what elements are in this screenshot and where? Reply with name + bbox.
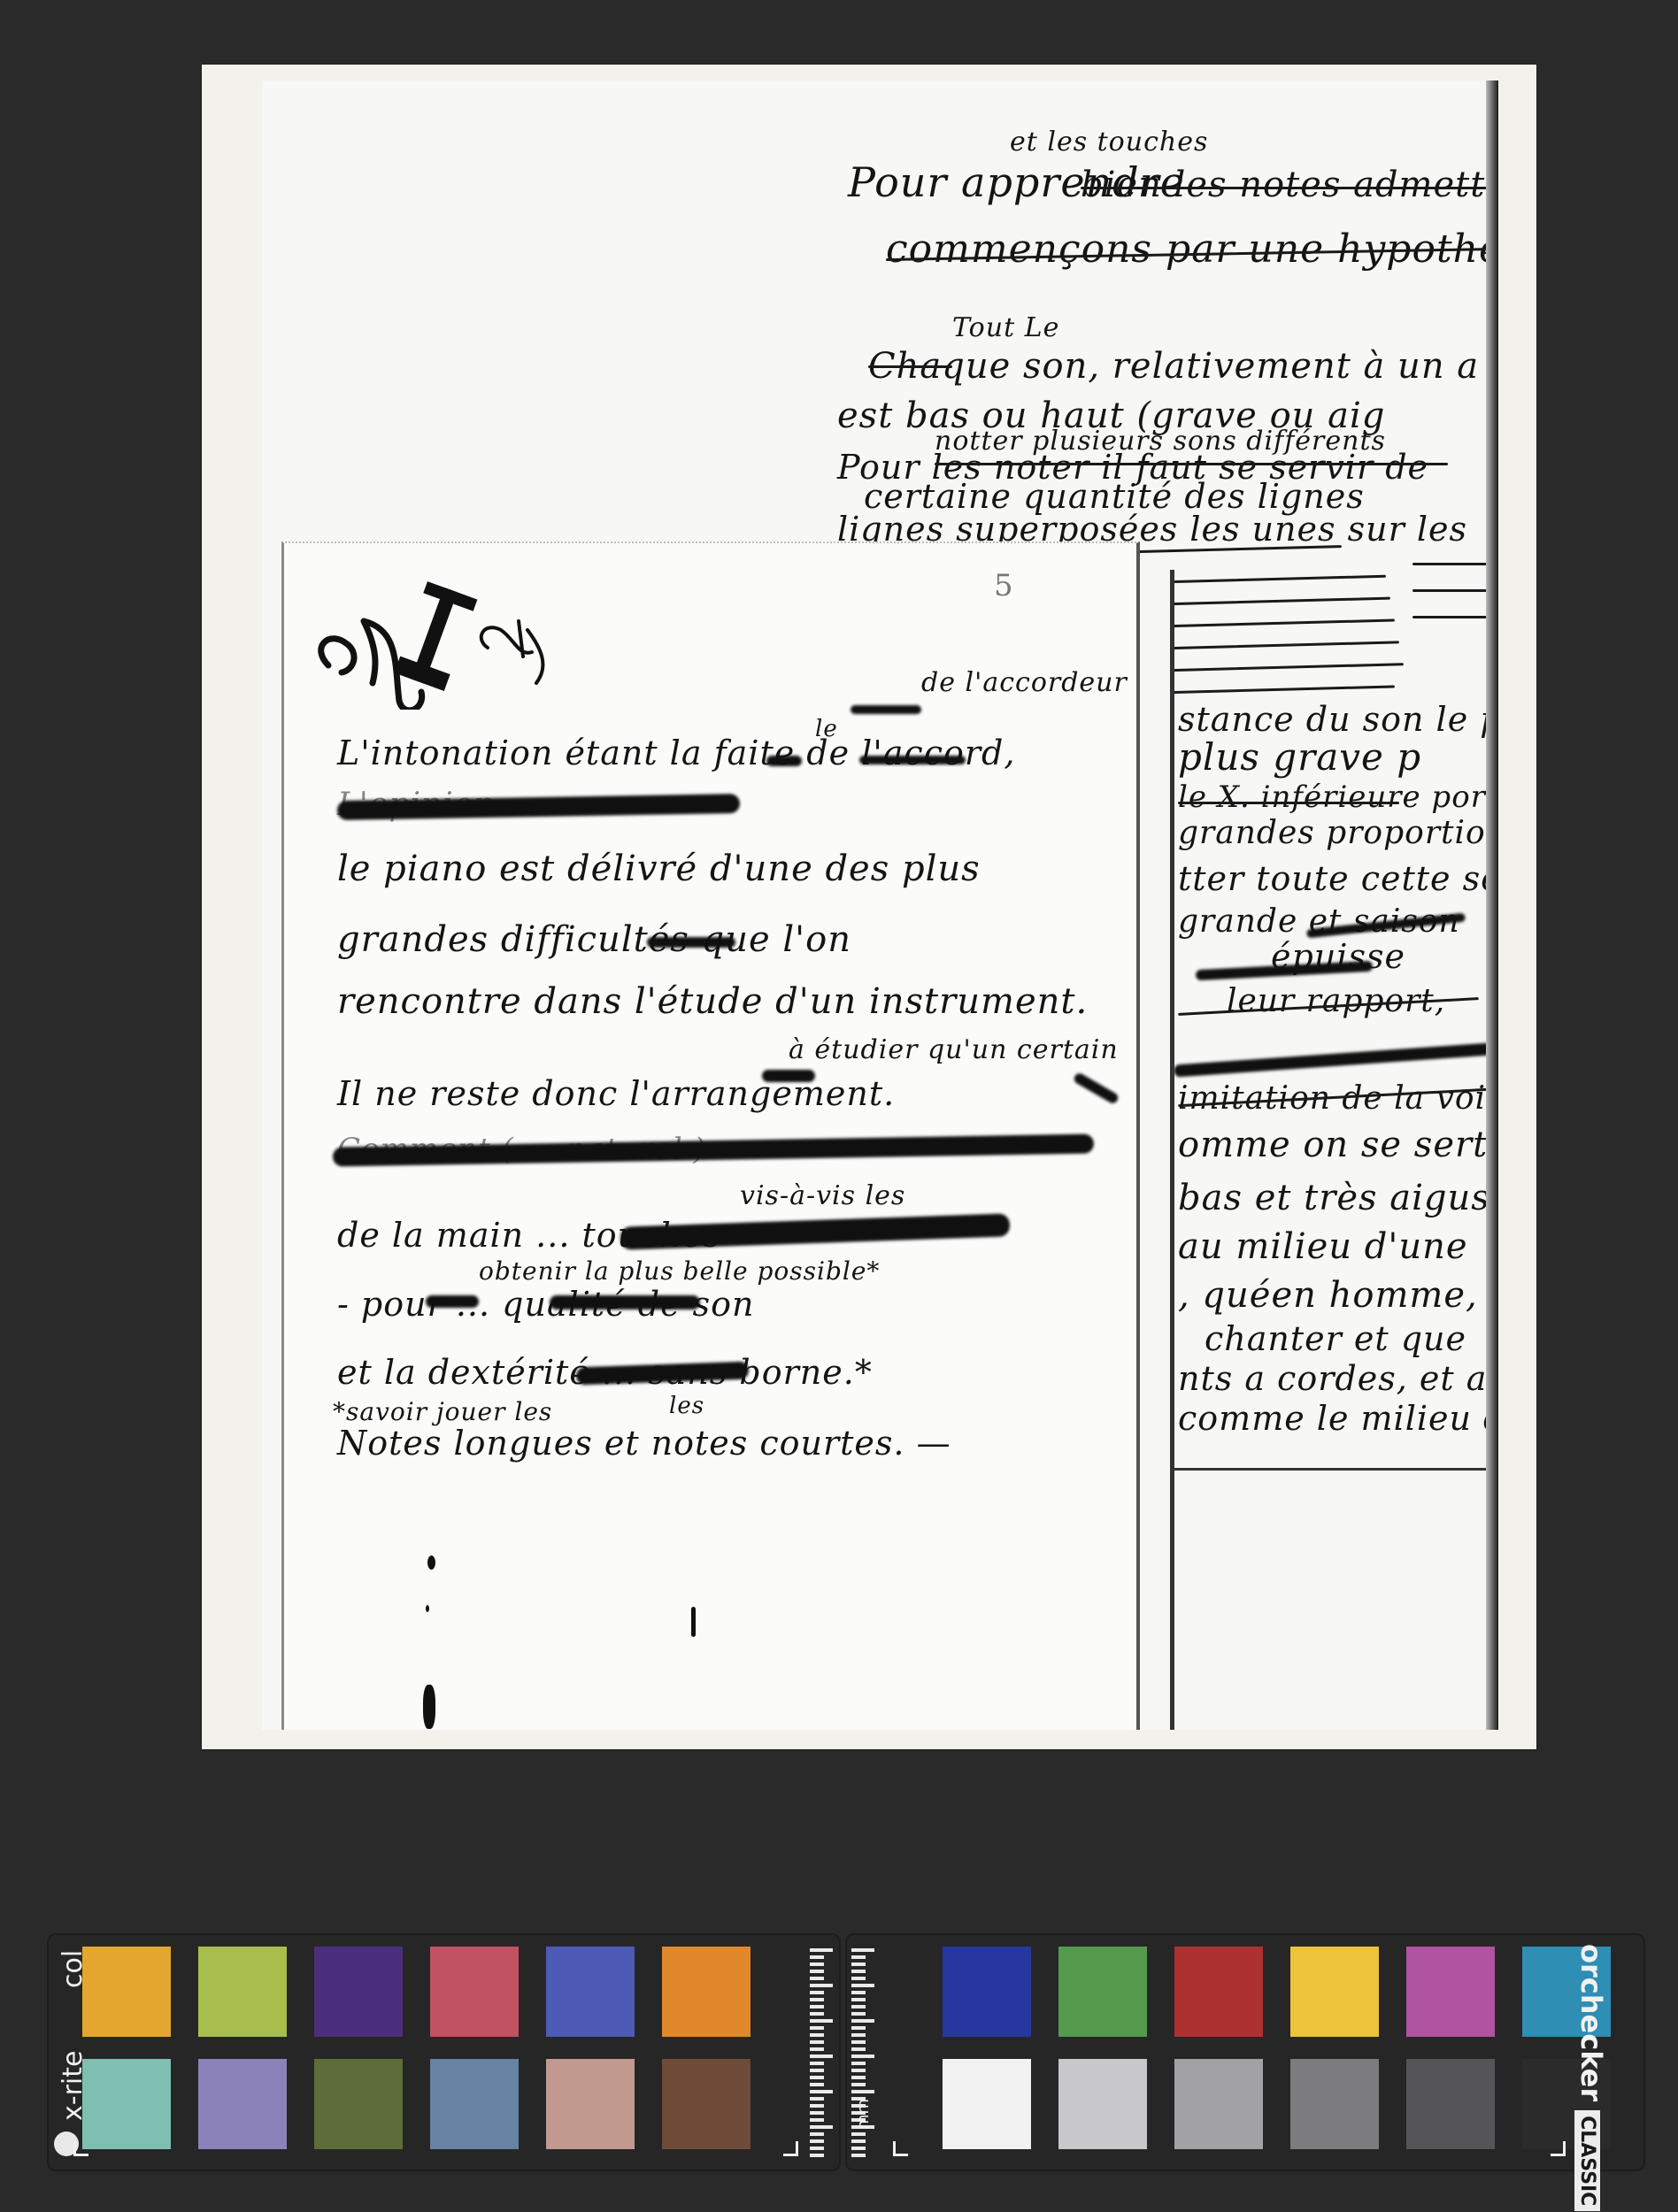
color-patch <box>430 2059 519 2149</box>
insertion-text: les <box>669 1393 704 1419</box>
insertion-text: et les touches <box>1010 127 1208 157</box>
ruler-tick <box>851 2026 866 2030</box>
color-patch <box>82 1947 171 2037</box>
ruler-tick <box>810 2005 824 2008</box>
ruler-tick <box>851 2132 866 2136</box>
color-patch <box>1058 1947 1147 2037</box>
ruler-tick <box>851 1955 866 1959</box>
manuscript-line: le X. inférieure por <box>1178 780 1486 815</box>
color-patch <box>1406 1947 1495 2037</box>
ruler-unit-label: mm <box>854 2099 873 2130</box>
checker-product-label: orcheckerCLASSIC <box>1574 1944 1608 2211</box>
ruler-tick <box>851 2090 874 2093</box>
ink-blot <box>427 1555 435 1570</box>
ruler-tick <box>851 1970 866 1973</box>
ruler-tick <box>810 1984 833 1987</box>
color-patch <box>943 2059 1031 2149</box>
ruler-tick <box>810 1955 824 1959</box>
ruler-tick <box>851 2147 866 2150</box>
color-patch <box>430 1947 519 2037</box>
insertion-text: Tout Le <box>952 312 1059 343</box>
ruler-tick <box>851 1998 866 2001</box>
ruler-tick <box>851 1991 866 1994</box>
ruler-tick <box>851 2012 866 2016</box>
color-patch <box>1290 1947 1379 2037</box>
ruler-tick <box>851 2083 866 2086</box>
strike-line <box>935 463 1448 465</box>
ruler-tick <box>810 2118 824 2122</box>
ruler-tick <box>810 2019 833 2023</box>
sheet-border <box>1170 570 1174 1730</box>
ruler-tick <box>810 1970 824 1973</box>
manuscript-line: nts a cordes, et a v <box>1178 1359 1498 1398</box>
ruler-tick <box>851 1948 874 1952</box>
ruler-tick <box>851 1984 874 1987</box>
color-patch <box>1174 2059 1263 2149</box>
manuscript-line: L'intonation étant la faite de l'accord, <box>337 733 1015 772</box>
photo-print: et les touches Pour apprendre bien les n… <box>202 65 1536 1749</box>
strike-line <box>1178 802 1399 804</box>
ruler-tick <box>851 2005 866 2008</box>
ruler-tick <box>810 2147 824 2150</box>
staff-line <box>1174 685 1395 694</box>
strike-blot <box>647 937 735 948</box>
strike-blot <box>550 1295 700 1310</box>
ruler-tick <box>810 2026 824 2030</box>
ruler-tick <box>851 2019 874 2023</box>
manuscript-line: plus grave p <box>1178 735 1421 779</box>
page-number: 5 <box>994 568 1013 603</box>
staff-line <box>1174 597 1390 605</box>
color-patch <box>662 2059 750 2149</box>
color-patch <box>82 2059 171 2149</box>
ruler-tick <box>810 2047 824 2051</box>
footnote-text: *savoir jouer les <box>333 1397 552 1426</box>
color-patch <box>1058 2059 1147 2149</box>
manuscript-page-left: 5 de l'accordeur le L'intonation étant l… <box>281 541 1140 1730</box>
ruler-tick <box>810 2111 824 2115</box>
manuscript-line: grandes difficultés que l'on <box>337 919 851 960</box>
corner-mark <box>783 2141 798 2156</box>
color-patch <box>198 1947 287 2037</box>
staff-line <box>1412 563 1492 565</box>
ruler-tick <box>851 2069 866 2072</box>
insertion-text: de l'accordeur <box>921 667 1128 698</box>
ruler-tick <box>851 2033 866 2037</box>
ruler-tick <box>810 2055 833 2058</box>
struck-text: bien les notes admettons <box>1081 165 1498 205</box>
manuscript-line: rencontre dans l'étude d'un instrument. <box>337 981 1088 1022</box>
strike-blot <box>859 756 966 764</box>
ruler-tick <box>810 2076 824 2079</box>
ruler-tick <box>810 2069 824 2072</box>
ruler-tick <box>851 2055 874 2058</box>
ruler-tick <box>810 1977 824 1980</box>
strike-blot <box>426 1295 479 1308</box>
corner-mark <box>893 2141 908 2156</box>
ruler-tick <box>810 1948 833 1952</box>
ruler-tick <box>851 1977 866 1980</box>
staff-line <box>1174 663 1404 672</box>
strike-blot <box>766 756 802 766</box>
ruler-tick <box>851 2154 866 2157</box>
manuscript-line: stance du son le possi <box>1178 700 1498 739</box>
manuscript-image: et les touches Pour apprendre bien les n… <box>262 81 1498 1730</box>
manuscript-line: au milieu d'une <box>1178 1226 1468 1267</box>
color-patch <box>198 2059 287 2149</box>
color-patch <box>314 1947 403 2037</box>
ruler-tick <box>851 2047 866 2051</box>
manuscript-line: omme on se sert <box>1178 1125 1488 1165</box>
ruler-tick <box>810 2033 824 2037</box>
staff-line <box>1412 589 1492 592</box>
ruler-tick <box>810 1962 824 1966</box>
corner-mark <box>1551 2141 1566 2156</box>
color-checker-left-card: col x-rite <box>47 1933 841 2171</box>
strike-blot <box>1174 1042 1492 1077</box>
ruler-tick <box>810 2139 824 2143</box>
manuscript-line: , quéen homme, un <box>1178 1275 1498 1316</box>
ruler-tick <box>810 2097 824 2101</box>
ink-blot <box>691 1607 696 1637</box>
ruler-tick <box>810 2083 824 2086</box>
insertion-text: à étudier qu'un certain <box>789 1034 1119 1065</box>
manuscript-line: comme le milieu de <box>1178 1399 1498 1438</box>
ink-blot <box>423 1685 435 1729</box>
photo-edge-shadow <box>1486 81 1498 1730</box>
manuscript-line: chanter et que <box>1205 1319 1466 1358</box>
ruler-tick <box>810 2012 824 2016</box>
ruler-tick <box>851 2062 866 2065</box>
manuscript-line: tter toute cette serie <box>1178 859 1498 898</box>
strike-blot <box>762 1070 815 1082</box>
strike-blot <box>1073 1071 1120 1105</box>
ruler-tick <box>810 1991 824 1994</box>
ruler-tick <box>851 1962 866 1966</box>
mm-ruler <box>810 1948 836 2156</box>
ruler-tick <box>810 2154 824 2157</box>
staff-line <box>1174 618 1395 627</box>
staff-line <box>1412 616 1492 618</box>
insertion-text: obtenir la plus belle possible* <box>479 1256 880 1286</box>
manuscript-line: bas et très aigus <box>1178 1178 1490 1218</box>
color-patch <box>662 1947 750 2037</box>
ruler-tick <box>810 2090 833 2093</box>
classic-badge: CLASSIC <box>1574 2110 1600 2211</box>
ruler-tick <box>810 1998 824 2001</box>
ink-blot <box>426 1605 429 1612</box>
color-patch <box>1290 2059 1379 2149</box>
color-patch <box>1174 1947 1263 2037</box>
manuscript-line: Chaque son, relativement à un a <box>868 346 1479 387</box>
color-patch <box>943 1947 1031 2037</box>
insertion-text: vis-à-vis les <box>740 1180 905 1211</box>
staff-line <box>1174 641 1399 649</box>
ruler-tick <box>851 2040 866 2044</box>
color-patch <box>546 1947 635 2037</box>
color-checker-right-card: mm orcheckerCLASSIC <box>845 1933 1645 2171</box>
ornament-initials <box>311 568 576 710</box>
sheet-rule <box>1174 1468 1497 1471</box>
ruler-tick <box>851 2076 866 2079</box>
ruler-tick <box>810 2062 824 2065</box>
manuscript-line: Notes longues et notes courtes. — <box>337 1424 951 1463</box>
checker-product-name: orchecker <box>1574 1944 1608 2101</box>
ruler-tick <box>810 2104 824 2108</box>
color-patch <box>314 2059 403 2149</box>
manuscript-line: le piano est délivré d'une des plus <box>337 849 981 889</box>
strike-line <box>1081 187 1497 189</box>
manuscript-line: grandes proportions l'echel. sur <box>1178 815 1498 851</box>
strike-line <box>868 365 952 368</box>
strike-blot <box>851 705 921 714</box>
color-patch <box>546 2059 635 2149</box>
staff-line <box>1174 575 1386 583</box>
ruler-tick <box>810 2040 824 2044</box>
ruler-tick <box>810 2132 824 2136</box>
color-patch <box>1406 2059 1495 2149</box>
ruler-tick <box>851 2139 866 2143</box>
ruler-tick <box>810 2125 833 2129</box>
